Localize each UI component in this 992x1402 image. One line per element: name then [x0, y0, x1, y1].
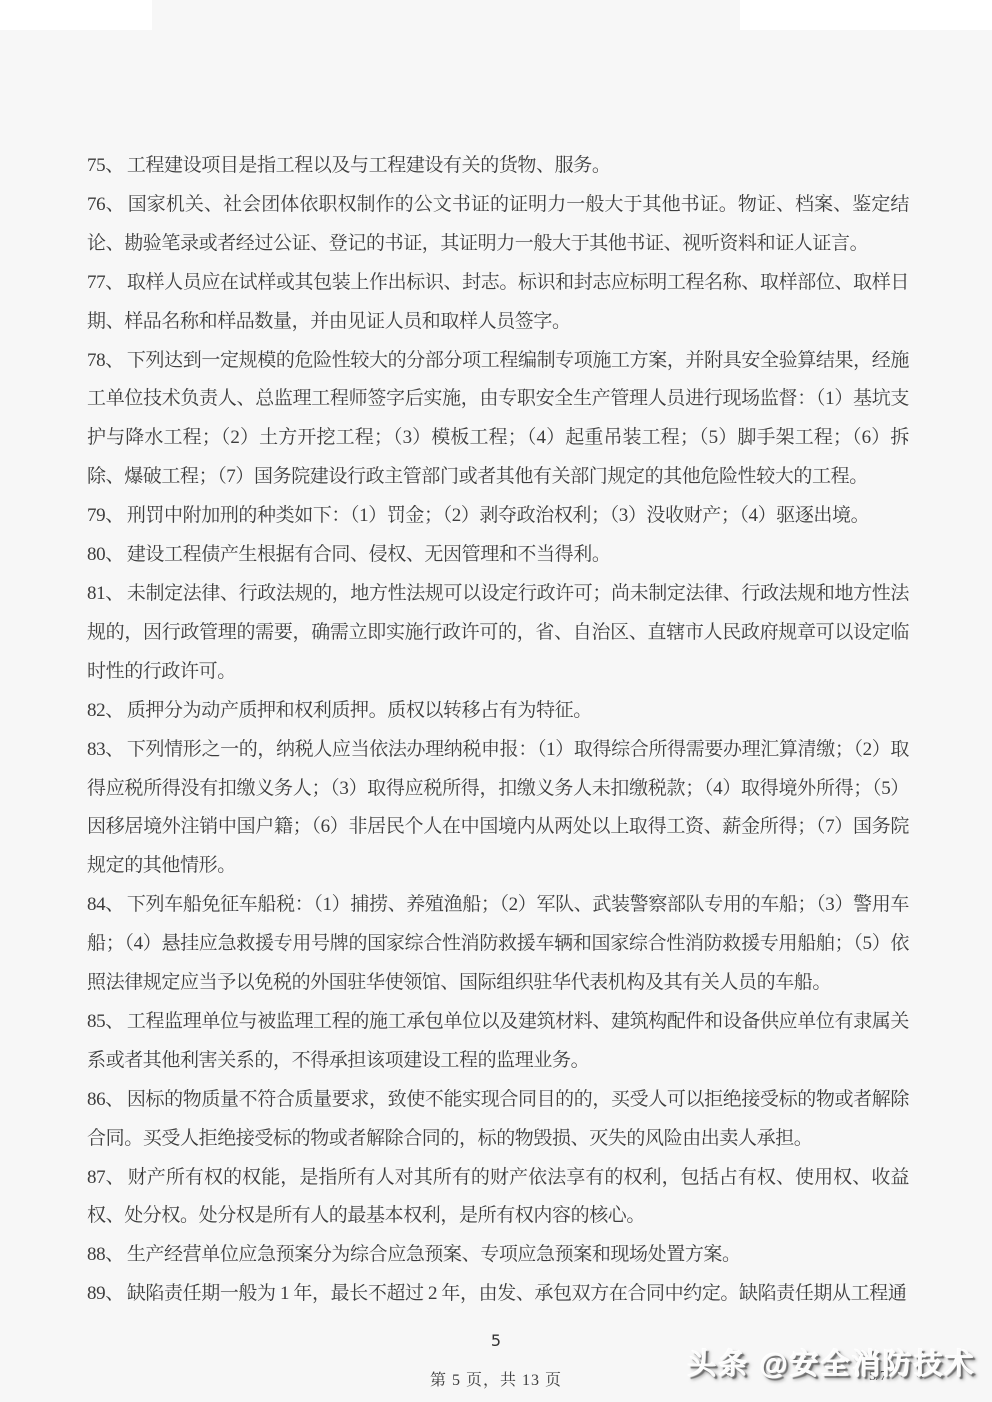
- document-page: 75、工程建设项目是指工程以及与工程建设有关的货物、服务。 76、国家机关、社会…: [0, 0, 992, 1402]
- list-item: 80、建设工程债产生根据有合同、侵权、无因管理和不当得利。: [87, 536, 909, 575]
- list-item: 88、生产经营单位应急预案分为综合应急预案、专项应急预案和现场处置方案。: [87, 1236, 909, 1275]
- item-number: 84、: [87, 894, 124, 915]
- watermark-badge: 头条 @安全消防技术: [688, 1342, 976, 1383]
- top-right-white-corner: [740, 0, 992, 30]
- item-text: 建设工程债产生根据有合同、侵权、无因管理和不当得利。: [127, 544, 611, 565]
- list-item: 87、财产所有权的权能，是指所有人对其所有的财产依法享有的权利，包括占有权、使用…: [87, 1159, 909, 1237]
- item-text: 国家机关、社会团体依职权制作的公文书证的证明力一般大于其他书证。物证、档案、鉴定…: [87, 194, 909, 254]
- item-number: 77、: [87, 272, 124, 293]
- list-item: 75、工程建设项目是指工程以及与工程建设有关的货物、服务。: [87, 147, 909, 186]
- item-number: 80、: [87, 544, 124, 565]
- list-item: 78、下列达到一定规模的危险性较大的分部分项工程编制专项施工方案，并附具安全验算…: [87, 342, 909, 498]
- list-item: 82、质押分为动产质押和权利质押。质权以转移占有为特征。: [87, 692, 909, 731]
- item-text: 下列达到一定规模的危险性较大的分部分项工程编制专项施工方案，并附具安全验算结果，…: [87, 350, 909, 488]
- item-text: 财产所有权的权能，是指所有人对其所有的财产依法享有的权利，包括占有权、使用权、收…: [87, 1167, 909, 1227]
- document-body: 75、工程建设项目是指工程以及与工程建设有关的货物、服务。 76、国家机关、社会…: [87, 147, 909, 1314]
- item-text: 工程监理单位与被监理工程的施工承包单位以及建筑材料、建筑构配件和设备供应单位有隶…: [87, 1011, 909, 1071]
- list-item: 85、工程监理单位与被监理工程的施工承包单位以及建筑材料、建筑构配件和设备供应单…: [87, 1003, 909, 1081]
- item-number: 75、: [87, 155, 124, 176]
- item-text: 未制定法律、行政法规的，地方性法规可以设定行政许可；尚未制定法律、行政法规和地方…: [87, 583, 909, 682]
- item-number: 89、: [87, 1283, 124, 1304]
- item-number: 79、: [87, 505, 124, 526]
- top-left-white-corner: [0, 0, 152, 30]
- list-item: 76、国家机关、社会团体依职权制作的公文书证的证明力一般大于其他书证。物证、档案…: [87, 186, 909, 264]
- item-text: 取样人员应在试样或其包装上作出标识、封志。标识和封志应标明工程名称、取样部位、取…: [87, 272, 909, 332]
- item-text: 因标的物质量不符合质量要求，致使不能实现合同目的的，买受人可以拒绝接受标的物或者…: [87, 1089, 909, 1149]
- item-number: 82、: [87, 700, 124, 721]
- list-item: 79、刑罚中附加刑的种类如下：（1）罚金；（2）剥夺政治权利；（3）没收财产；（…: [87, 497, 909, 536]
- item-number: 76、: [87, 194, 125, 215]
- item-text: 刑罚中附加刑的种类如下：（1）罚金；（2）剥夺政治权利；（3）没收财产；（4）驱…: [127, 505, 869, 526]
- item-text: 工程建设项目是指工程以及与工程建设有关的货物、服务。: [127, 155, 611, 176]
- item-number: 88、: [87, 1244, 124, 1265]
- list-item: 81、未制定法律、行政法规的，地方性法规可以设定行政许可；尚未制定法律、行政法规…: [87, 575, 909, 692]
- list-item: 77、取样人员应在试样或其包装上作出标识、封志。标识和封志应标明工程名称、取样部…: [87, 264, 909, 342]
- list-item: 84、下列车船免征车船税：（1）捕捞、养殖渔船；（2）军队、武装警察部队专用的车…: [87, 886, 909, 1003]
- item-text: 下列情形之一的，纳税人应当依法办理纳税申报：（1）取得综合所得需要办理汇算清缴；…: [87, 739, 909, 877]
- item-number: 78、: [87, 350, 124, 371]
- item-number: 83、: [87, 739, 124, 760]
- item-number: 86、: [87, 1089, 124, 1110]
- item-text: 生产经营单位应急预案分为综合应急预案、专项应急预案和现场处置方案。: [127, 1244, 741, 1265]
- list-item: 83、下列情形之一的，纳税人应当依法办理纳税申报：（1）取得综合所得需要办理汇算…: [87, 731, 909, 887]
- item-number: 87、: [87, 1167, 125, 1188]
- list-item: 89、缺陷责任期一般为 1 年，最长不超过 2 年，由发、承包双方在合同中约定。…: [87, 1275, 909, 1314]
- item-number: 81、: [87, 583, 124, 604]
- item-number: 85、: [87, 1011, 124, 1032]
- list-item: 86、因标的物质量不符合质量要求，致使不能实现合同目的的，买受人可以拒绝接受标的…: [87, 1081, 909, 1159]
- item-text: 质押分为动产质押和权利质押。质权以转移占有为特征。: [127, 700, 592, 721]
- item-text: 缺陷责任期一般为 1 年，最长不超过 2 年，由发、承包双方在合同中约定。缺陷责…: [127, 1283, 907, 1304]
- item-text: 下列车船免征车船税：（1）捕捞、养殖渔船；（2）军队、武装警察部队专用的车船；（…: [87, 894, 909, 993]
